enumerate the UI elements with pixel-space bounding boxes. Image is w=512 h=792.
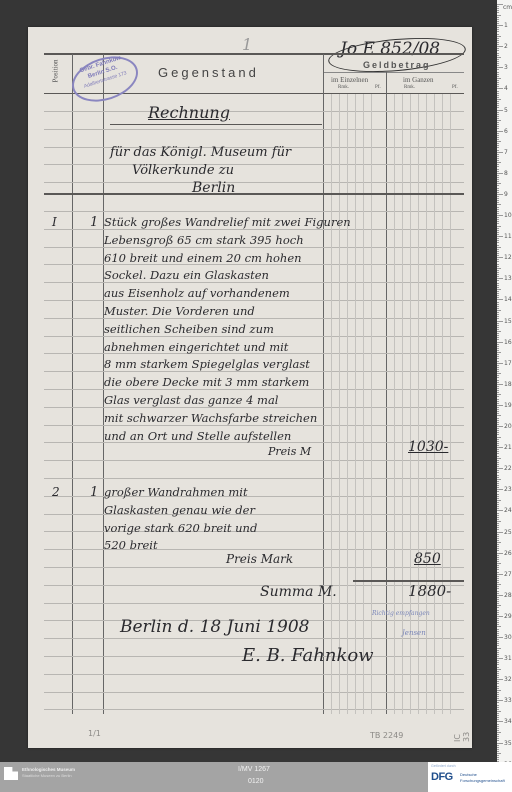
ruler-tick xyxy=(497,204,501,205)
signature: E. B. Fahnkow xyxy=(242,645,374,666)
ruler-tick xyxy=(497,50,499,51)
ruler-tick xyxy=(497,563,501,564)
recipient-line2: Völkerkunde zu xyxy=(132,163,234,178)
ruler-tick xyxy=(497,673,499,674)
ruler-tick xyxy=(497,430,499,431)
ruler-tick xyxy=(497,544,499,545)
ruler-tick xyxy=(497,456,499,457)
ruler-tick xyxy=(497,494,499,495)
item-description-line: mit schwarzer Wachsfarbe streichen xyxy=(104,411,317,425)
ruler-label: 10 xyxy=(504,212,512,219)
item-description-line: Lebensgroß 65 cm stark 395 hoch xyxy=(104,233,304,247)
ruler-tick xyxy=(497,700,503,701)
ruler-tick xyxy=(497,342,503,343)
ruler-tick xyxy=(497,504,499,505)
ruler-tick xyxy=(497,365,499,366)
item1-price-label: Preis M xyxy=(268,445,311,458)
ruler-tick xyxy=(497,565,499,566)
ruler-tick xyxy=(497,63,499,64)
dfg-panel: Gefördert durch DFG Deutsche Forschungsg… xyxy=(428,762,512,792)
ruler-tick xyxy=(497,213,499,214)
ruler-tick xyxy=(497,323,499,324)
amount-header: Geldbetrag xyxy=(363,60,431,70)
company-stamp: Gebr. Fahnkow Berlin S.O. Adalbertstrass… xyxy=(66,49,144,110)
ruler-label: 11 xyxy=(504,233,512,240)
ruler-tick xyxy=(497,363,503,364)
ruler-tick xyxy=(497,295,499,296)
ruler-tick xyxy=(497,470,499,471)
item-description-line: 8 mm starkem Spiegelglas verglast xyxy=(104,357,310,371)
dfg-logo: DFG xyxy=(431,771,453,783)
ledger-row-line xyxy=(44,129,464,130)
ruler-tick xyxy=(497,55,499,56)
invoice-sheet: 1 Jo E 852/08 Position Gebr. Fahnkow Ber… xyxy=(28,27,472,748)
ruler-tick xyxy=(497,561,499,562)
ruler-tick xyxy=(497,88,503,89)
ruler-tick xyxy=(497,601,499,602)
col-divider-amount xyxy=(323,54,324,714)
ruler-tick xyxy=(497,660,499,661)
ruler-tick xyxy=(497,757,499,758)
ruler-tick xyxy=(497,534,499,535)
ruler-label: 27 xyxy=(504,571,512,578)
ruler-tick xyxy=(497,726,499,727)
ruler-tick xyxy=(497,626,501,627)
ruler-tick xyxy=(497,614,499,615)
ruler-label: 25 xyxy=(504,529,512,536)
ruler-tick xyxy=(497,717,499,718)
ruler-tick xyxy=(497,643,499,644)
ruler-tick xyxy=(497,428,499,429)
ruler-tick xyxy=(497,6,499,7)
ruler-tick xyxy=(497,709,499,710)
ruler-label: 16 xyxy=(504,339,512,346)
ruler-tick xyxy=(497,78,501,79)
ruler-tick xyxy=(497,510,503,511)
ruler-tick xyxy=(497,466,499,467)
ruler-tick xyxy=(497,287,499,288)
ruler-tick xyxy=(497,377,499,378)
item2-position: 2 xyxy=(52,485,60,499)
ruler-tick xyxy=(497,481,499,482)
ruler-tick xyxy=(497,333,499,334)
ruler-tick xyxy=(497,327,499,328)
ruler-tick xyxy=(497,110,503,111)
ruler-tick xyxy=(497,329,499,330)
ruler-tick xyxy=(497,588,499,589)
amount-column-line xyxy=(450,94,451,714)
ruler-tick xyxy=(497,669,501,670)
ledger-row-line xyxy=(44,638,464,639)
sum-label: Summa M. xyxy=(260,584,337,600)
ruler-tick xyxy=(497,683,499,684)
ruler-tick xyxy=(497,468,503,469)
ruler-tick xyxy=(497,361,499,362)
ruler-tick xyxy=(497,124,499,125)
ruler-tick xyxy=(497,396,499,397)
ruler-tick xyxy=(497,502,499,503)
ruler-tick xyxy=(497,384,503,385)
ruler-tick xyxy=(497,122,499,123)
ruler-label: 19 xyxy=(504,402,512,409)
item-description-line: 520 breit xyxy=(104,538,158,552)
ledger-row-line xyxy=(44,674,464,675)
item2-amount: 850 xyxy=(414,551,441,567)
ruler-tick xyxy=(497,515,499,516)
ruler-tick xyxy=(497,232,499,233)
ruler-tick xyxy=(497,27,499,28)
ruler-tick xyxy=(497,553,503,554)
ledger-row-line xyxy=(44,585,464,586)
ruler-label: 28 xyxy=(504,592,512,599)
ruler-tick xyxy=(497,219,499,220)
ruler-tick xyxy=(497,270,499,271)
ruler-tick xyxy=(497,91,499,92)
ruler-label: 18 xyxy=(504,381,512,388)
ruler-label: 31 xyxy=(504,655,512,662)
ruler-tick xyxy=(497,475,499,476)
ruler-tick xyxy=(497,354,499,355)
ruler-tick xyxy=(497,555,499,556)
ruler-tick xyxy=(497,211,499,212)
ruler-tick xyxy=(497,17,499,18)
ruler-tick xyxy=(497,348,499,349)
ruler-tick xyxy=(497,118,499,119)
ruler-tick xyxy=(497,160,499,161)
position-header: Position xyxy=(51,60,59,83)
ruler-tick xyxy=(497,162,501,163)
ruler-tick xyxy=(497,550,499,551)
ruler-tick xyxy=(497,593,499,594)
ruler-label: 34 xyxy=(504,718,512,725)
ruler-label: 35 xyxy=(504,740,512,747)
ruler-tick xyxy=(497,53,499,54)
recipient-line1: für das Königl. Museum für xyxy=(110,145,291,160)
ruler-tick xyxy=(497,183,501,184)
funding-label: Gefördert durch xyxy=(431,764,456,768)
ruler-tick xyxy=(497,228,499,229)
ruler-tick xyxy=(497,156,499,157)
ruler-label: 13 xyxy=(504,275,512,282)
ruler-tick xyxy=(497,198,499,199)
ruler-tick xyxy=(497,302,499,303)
ruler-tick xyxy=(497,719,499,720)
ruler-tick xyxy=(497,595,503,596)
ruler-tick xyxy=(497,523,499,524)
ruler-tick xyxy=(497,99,501,100)
ruler-tick xyxy=(497,29,499,30)
ruler-tick xyxy=(497,80,499,81)
ruler-tick xyxy=(497,371,499,372)
ruler-tick xyxy=(497,325,499,326)
total-rmk: Rmk. xyxy=(404,85,415,90)
ruler-tick xyxy=(497,635,499,636)
ruler-tick xyxy=(497,538,499,539)
ruler-tick xyxy=(497,500,501,501)
ruler-tick xyxy=(497,434,499,435)
ruler-tick xyxy=(497,331,501,332)
ruler-tick xyxy=(497,141,501,142)
ruler-tick xyxy=(497,496,499,497)
ruler-tick xyxy=(497,681,499,682)
ruler-tick xyxy=(497,238,499,239)
ruler-tick xyxy=(497,346,499,347)
ruler-tick xyxy=(497,120,501,121)
ruler-tick xyxy=(497,352,501,353)
museum-logo-icon xyxy=(4,767,18,780)
ruler-tick xyxy=(497,247,501,248)
museum-subtitle: Staatliche Museen zu Berlin xyxy=(22,773,72,778)
ruler-tick xyxy=(497,274,499,275)
top-annotation: 1 xyxy=(242,35,252,54)
item2-price-label: Preis Mark xyxy=(226,552,293,566)
pencil-note-right: IC 33 xyxy=(453,722,471,742)
ruler-tick xyxy=(497,692,499,693)
ruler-tick xyxy=(497,702,499,703)
amount-column-line xyxy=(355,94,356,714)
ledger-row-line xyxy=(44,211,464,212)
ruler-tick xyxy=(497,415,501,416)
ledger-row-line xyxy=(44,692,464,693)
ruler-tick xyxy=(497,164,499,165)
ruler-tick xyxy=(497,179,499,180)
ruler-label: 20 xyxy=(504,423,512,430)
ruler-tick xyxy=(497,405,503,406)
reference-number: Jo E 852/08 xyxy=(340,39,440,59)
ruler-tick xyxy=(497,424,499,425)
ruler-tick xyxy=(497,439,499,440)
ruler-tick xyxy=(497,310,501,311)
museum-name: Ethnologisches Museum xyxy=(22,767,75,772)
ruler-tick xyxy=(497,432,499,433)
ruler-tick xyxy=(497,69,499,70)
ruler-tick xyxy=(497,546,499,547)
ruler-tick xyxy=(497,580,499,581)
ruler-tick xyxy=(497,612,499,613)
ruler-tick xyxy=(497,283,499,284)
subject-header: Gegenstand xyxy=(158,65,259,80)
ruler-tick xyxy=(497,40,499,41)
ruler-tick xyxy=(497,358,499,359)
item-description-line: und an Ort und Stelle aufstellen xyxy=(104,429,291,443)
ruler-tick xyxy=(497,369,499,370)
dfg-name-2: Forschungsgemeinschaft xyxy=(460,778,505,783)
ruler-tick xyxy=(497,578,499,579)
ruler-tick xyxy=(497,194,503,195)
ruler-tick xyxy=(497,280,499,281)
ruler-tick xyxy=(497,569,499,570)
ruler-tick xyxy=(497,407,499,408)
ruler-tick xyxy=(497,257,503,258)
ruler-tick xyxy=(497,34,499,35)
ruler-tick xyxy=(497,576,499,577)
ruler-tick xyxy=(497,629,499,630)
ruler-tick xyxy=(497,4,503,5)
ruler-tick xyxy=(497,266,499,267)
ruler-tick xyxy=(497,540,499,541)
ruler-label: 26 xyxy=(504,550,512,557)
amount-column-line xyxy=(339,94,340,714)
ledger-row-line xyxy=(44,111,464,112)
ruler-tick xyxy=(497,44,499,45)
ruler-tick xyxy=(497,10,499,11)
ruler-tick xyxy=(497,74,499,75)
ruler-tick xyxy=(497,226,501,227)
ruler-tick xyxy=(497,483,499,484)
ruler-tick xyxy=(497,586,499,587)
ruler-tick xyxy=(497,751,499,752)
blue-annotation-1: Richtig empfangen xyxy=(372,610,430,617)
ruler-tick xyxy=(497,242,499,243)
ruler-tick xyxy=(497,713,499,714)
ruler-tick xyxy=(497,738,499,739)
item1-amount: 1030- xyxy=(408,439,448,455)
ruler-tick xyxy=(497,386,499,387)
ruler-tick xyxy=(497,297,499,298)
amount-column-line xyxy=(371,94,372,714)
ruler-tick xyxy=(497,312,499,313)
ruler-tick xyxy=(497,582,499,583)
ruler-label: 1 xyxy=(504,22,508,29)
ruler-tick xyxy=(497,61,499,62)
ruler-label: 9 xyxy=(504,191,508,198)
ruler-tick xyxy=(497,745,499,746)
ruler-tick xyxy=(497,567,499,568)
ruler-tick xyxy=(497,169,499,170)
ruler-tick xyxy=(497,152,503,153)
ruler-tick xyxy=(497,304,499,305)
ruler-label: 5 xyxy=(504,107,508,114)
ruler-tick xyxy=(497,527,499,528)
ruler-tick xyxy=(497,730,499,731)
ruler-tick xyxy=(497,572,499,573)
ruler-tick xyxy=(497,536,499,537)
amount-column-line xyxy=(331,94,332,714)
ruler-tick xyxy=(497,316,499,317)
ruler-label: 2 xyxy=(504,43,508,50)
ruler-tick xyxy=(497,462,499,463)
ruler-tick xyxy=(497,513,499,514)
ruler-tick xyxy=(497,437,501,438)
ruler-tick xyxy=(497,616,503,617)
ruler-tick xyxy=(497,196,499,197)
ruler-tick xyxy=(497,249,499,250)
ruler-tick xyxy=(497,736,499,737)
ruler-tick xyxy=(497,86,499,87)
ruler-tick xyxy=(497,23,499,24)
ruler-tick xyxy=(497,200,499,201)
ruler-tick xyxy=(497,217,499,218)
ruler-tick xyxy=(497,59,499,60)
single-rmk: Rmk. xyxy=(338,85,349,90)
ruler-tick xyxy=(497,251,499,252)
ledger-row-line xyxy=(44,567,464,568)
ruler-tick xyxy=(497,93,499,94)
ruler-tick xyxy=(497,532,503,533)
ruler-tick xyxy=(497,57,501,58)
ruler-tick xyxy=(497,103,499,104)
ruler-tick xyxy=(497,724,499,725)
ruler-tick xyxy=(497,321,503,322)
ruler-tick xyxy=(497,158,499,159)
amount-column-line xyxy=(394,94,395,714)
ruler-tick xyxy=(497,21,499,22)
ruler-tick xyxy=(497,207,499,208)
ruler-tick xyxy=(497,677,499,678)
ruler-tick xyxy=(497,278,503,279)
ruler-tick xyxy=(497,188,499,189)
ruler-tick xyxy=(497,698,499,699)
archive-footer: Ethnologisches Museum Staatliche Museen … xyxy=(0,762,512,792)
ruler-tick xyxy=(497,95,499,96)
ruler-tick xyxy=(497,76,499,77)
ruler-tick xyxy=(497,418,499,419)
ruler-label: 29 xyxy=(504,613,512,620)
item-description-line: aus Eisenholz auf vorhandenem xyxy=(104,286,290,300)
measurement-ruler: cm 1234567891011121314151617181920212223… xyxy=(497,0,512,762)
amount-column-line xyxy=(363,94,364,714)
ruler-tick xyxy=(497,445,499,446)
ruler-tick xyxy=(497,633,499,634)
ruler-tick xyxy=(497,599,499,600)
ruler-tick xyxy=(497,112,499,113)
item-description-line: seitlichen Scheiben sind zum xyxy=(104,322,274,336)
ledger-row-line xyxy=(44,182,464,183)
ruler-tick xyxy=(497,734,499,735)
col-divider-position xyxy=(72,54,73,714)
ruler-tick xyxy=(497,422,499,423)
ruler-tick xyxy=(497,652,499,653)
pencil-note-center: TB 2249 xyxy=(370,731,403,740)
ruler-tick xyxy=(497,610,499,611)
ruler-tick xyxy=(497,272,499,273)
amount-column-line xyxy=(442,94,443,714)
ruler-tick xyxy=(497,173,503,174)
ruler-tick xyxy=(497,671,499,672)
ruler-tick xyxy=(497,8,499,9)
pencil-note-left: 1/1 xyxy=(88,729,101,738)
ruler-tick xyxy=(497,624,499,625)
ruler-tick xyxy=(497,399,499,400)
ruler-label: 32 xyxy=(504,676,512,683)
ruler-tick xyxy=(497,209,499,210)
ruler-tick xyxy=(497,388,499,389)
ruler-tick xyxy=(497,143,499,144)
amount-column-line xyxy=(418,94,419,714)
ruler-tick xyxy=(497,175,499,176)
ruler-tick xyxy=(497,732,501,733)
ruler-tick xyxy=(497,223,499,224)
ruler-label: 23 xyxy=(504,486,512,493)
ruler-tick xyxy=(497,641,499,642)
ruler-tick xyxy=(497,171,499,172)
ruler-tick xyxy=(497,394,501,395)
ruler-tick xyxy=(497,656,499,657)
total-pf: Pf. xyxy=(452,85,458,90)
ruler-tick xyxy=(497,268,501,269)
ruler-label: 17 xyxy=(504,360,512,367)
ruler-label: 3 xyxy=(504,64,508,71)
ruler-tick xyxy=(497,190,499,191)
ruler-tick xyxy=(497,337,499,338)
item-description-line: Sockel. Dazu ein Glaskasten xyxy=(104,268,269,282)
ruler-tick xyxy=(497,517,499,518)
ruler-tick xyxy=(497,259,499,260)
ruler-tick xyxy=(497,261,499,262)
ruler-tick xyxy=(497,318,499,319)
ruler-tick xyxy=(497,392,499,393)
header-top-rule xyxy=(44,53,464,55)
